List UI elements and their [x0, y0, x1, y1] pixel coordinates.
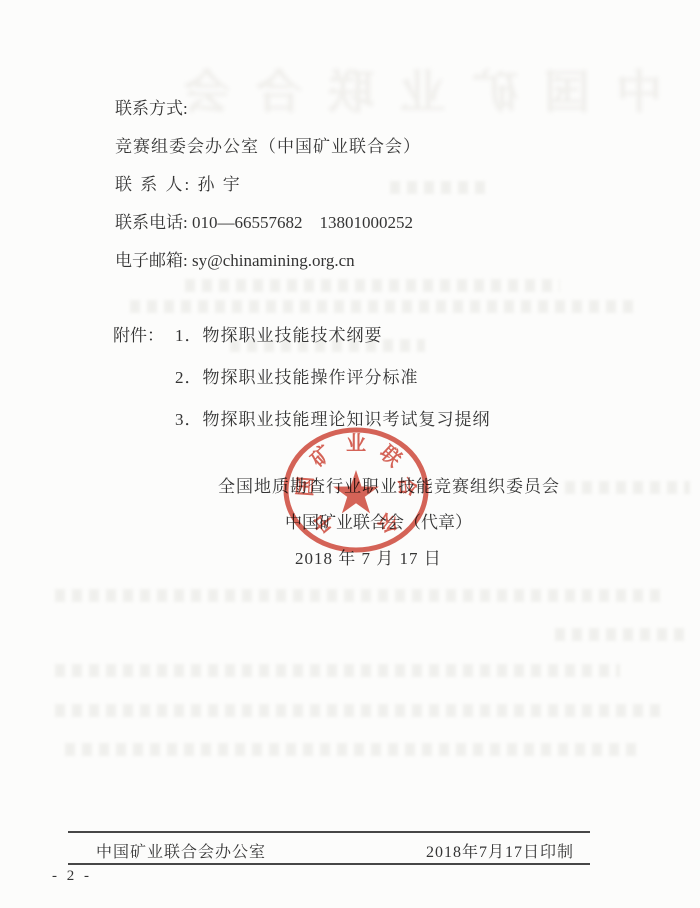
footer-rule-top: [68, 831, 590, 833]
ghost-strip: [55, 589, 665, 602]
contact-phone: 联系电话: 010—66557682 13801000252: [115, 213, 413, 233]
contact-office: 竞赛组委会办公室（中国矿业联合会）: [115, 137, 421, 157]
contact-person: 联 系 人: 孙 宇: [115, 175, 242, 195]
ghost-strip: [130, 300, 640, 313]
ghost-strip: [55, 704, 665, 717]
ghost-strip: [390, 181, 485, 194]
seal-char: 国: [293, 476, 317, 498]
official-seal: 中 国 矿 业 联 合 会: [271, 415, 441, 565]
seal-star-icon: [333, 470, 379, 513]
footer-row: 中国矿业联合会办公室 2018年7月17日印制: [68, 839, 590, 862]
ghost-strip: [55, 664, 620, 677]
document-page: 中国矿业联合会 联系方式: 竞赛组委会办公室（中国矿业联合会） 联 系 人: 孙…: [0, 0, 700, 908]
seal-char: 中: [308, 508, 339, 539]
footer-print-date: 2018年7月17日印制: [426, 839, 574, 862]
seal-char: 会: [373, 508, 404, 539]
footer-rule-bottom: [68, 863, 590, 865]
ghost-strip: [565, 481, 690, 494]
ghost-strip: [185, 279, 560, 292]
page-number: - 2 -: [52, 868, 92, 885]
seal-char: 合: [394, 476, 419, 498]
attachment-item: 2．物探职业技能操作评分标准: [175, 368, 419, 388]
contact-heading: 联系方式:: [115, 99, 188, 119]
seal-char: 业: [346, 432, 366, 455]
attachments-label: 附件：: [113, 326, 164, 346]
ghost-strip: [65, 743, 640, 756]
footer-office: 中国矿业联合会办公室: [96, 839, 266, 862]
contact-email: 电子邮箱: sy@chinamining.org.cn: [115, 251, 355, 271]
ghost-strip: [555, 628, 690, 641]
attachment-item: 1．物探职业技能技术纲要: [175, 326, 383, 346]
ghost-bleedthrough-title: 中国矿业联合会: [140, 56, 680, 122]
